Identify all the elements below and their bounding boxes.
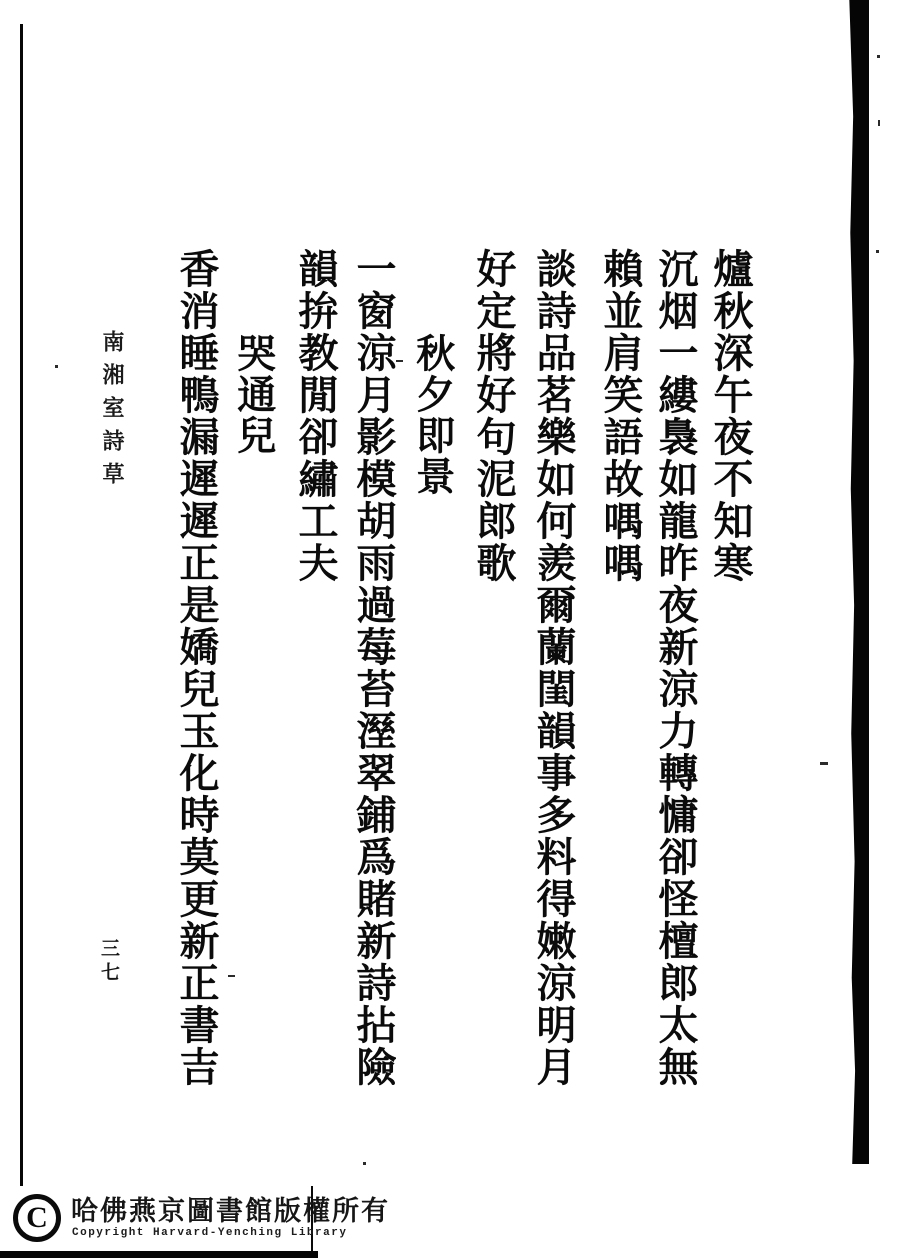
poem-column: 沉烟一縷裊如龍昨夜新涼力轉慵卻怪檀郎太無 (650, 248, 700, 1088)
poem-column: 一窗涼月影模胡雨過莓苔溼翠鋪爲賭新詩拈險 (348, 248, 398, 1088)
poem-title-column: 秋夕即景 (407, 333, 456, 497)
left-page-rule (20, 24, 23, 1186)
scanned-book-page: { "columns": [ { "text": "爐秋深午夜不知寒", "ki… (0, 0, 900, 1260)
scan-speck (396, 360, 403, 362)
poem-column: 香消睡鴨漏遲遲正是嬌兒玉化時莫更新正書吉 (171, 248, 221, 1088)
scan-speck (55, 365, 58, 368)
scan-speck (876, 250, 879, 253)
scan-speck (878, 120, 880, 126)
scan-speck (363, 1162, 366, 1165)
gutter-book-title: 南湘室詩草 (97, 330, 128, 495)
poem-column: 韻拚教閒卻繡工夫 (290, 248, 340, 584)
right-binding-scan-bar (845, 0, 869, 1164)
stamp-chinese-text: 哈佛燕京圖書館版權所有 (71, 1189, 390, 1228)
poem-column: 爐秋深午夜不知寒 (705, 248, 755, 584)
stamp-english-text: Copyright Harvard-Yenching Library (72, 1227, 347, 1239)
copyright-stamp: C 哈佛燕京圖書館版權所有 Copyright Harvard-Yenching… (0, 1183, 318, 1260)
poem-title-column: 哭通兒 (228, 333, 277, 456)
scan-speck (228, 975, 235, 977)
copyright-symbol-icon: C (13, 1194, 61, 1242)
poem-column: 好定將好句泥郎歌 (468, 248, 518, 584)
stamp-bottom-bar (0, 1251, 318, 1258)
poem-column: 賴並肩笑語故喁喁 (595, 248, 645, 584)
scan-speck (820, 762, 828, 765)
poem-column: 談詩品茗樂如何羨爾蘭閨韻事多料得嫩涼明月 (528, 248, 578, 1088)
page-number: 三七 (95, 938, 122, 986)
scan-speck (877, 55, 880, 58)
